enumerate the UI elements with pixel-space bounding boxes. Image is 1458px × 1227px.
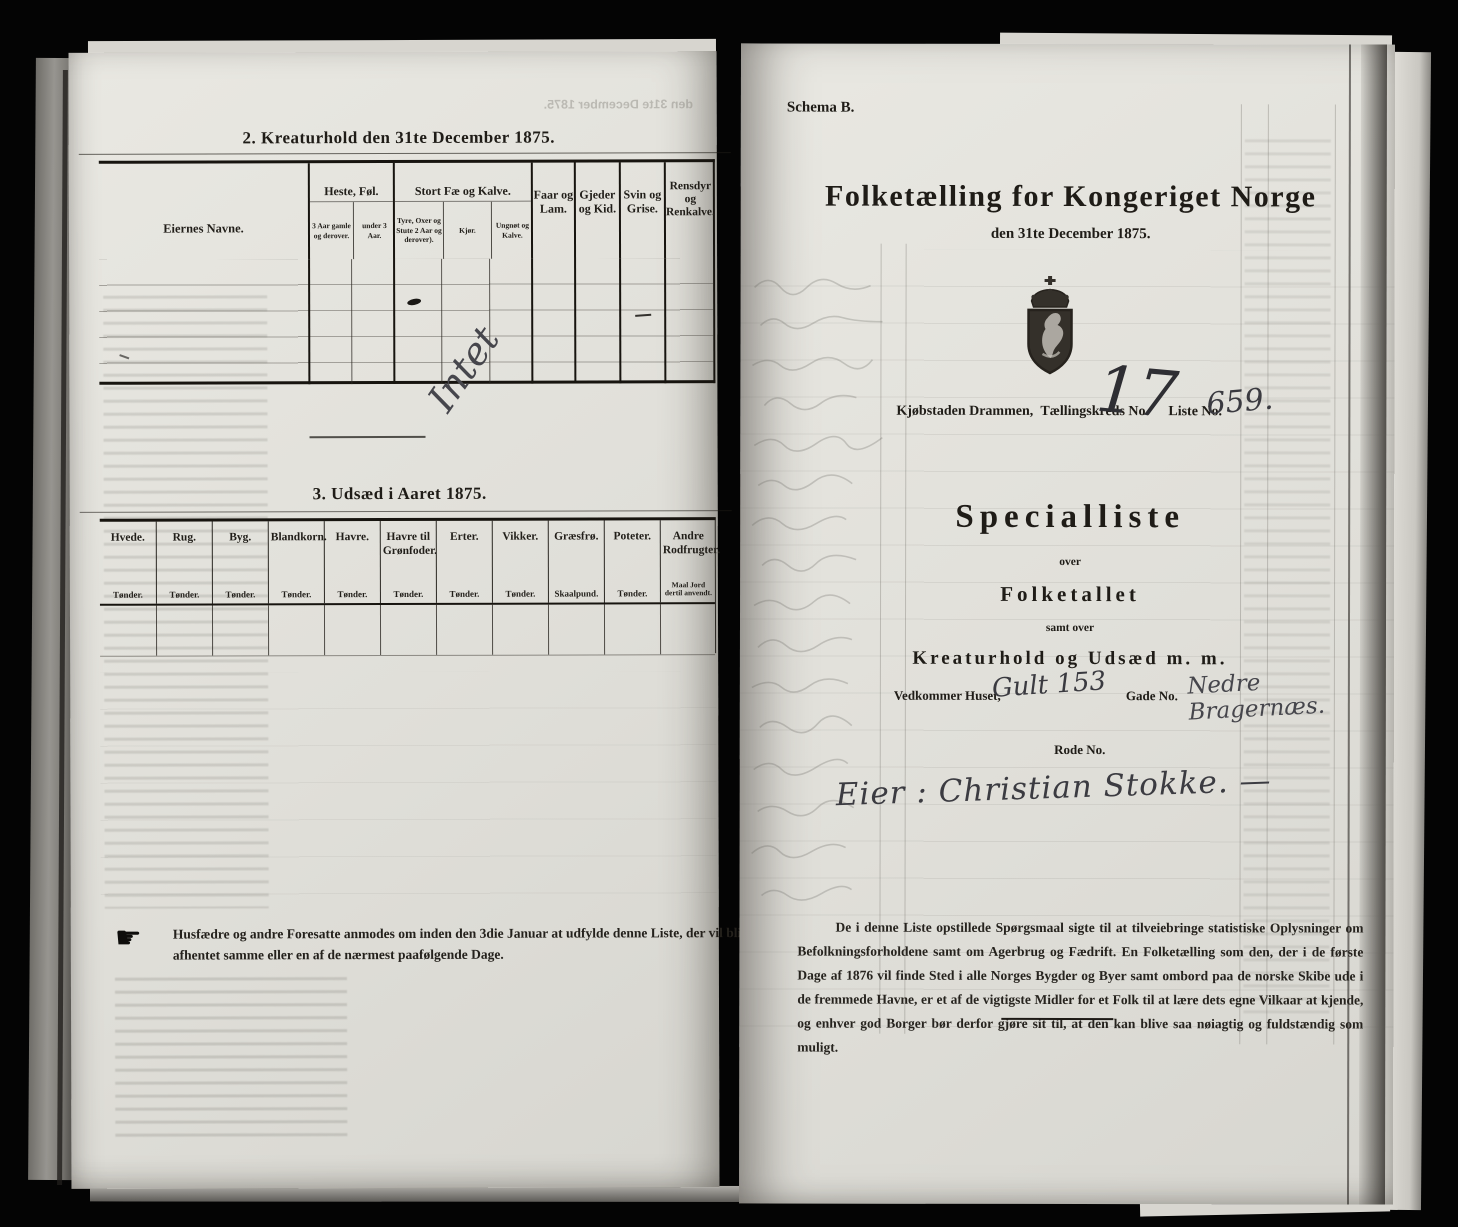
col-label: Poteter. [607, 530, 658, 544]
body-cell [393, 259, 441, 384]
col-unit: Tønder. [327, 589, 378, 599]
rode-label: Rode No. [1020, 742, 1140, 758]
heste-sub1-label: 3 Aar gamle og derover. [310, 202, 353, 259]
stort-sub2-label: Kjør. [443, 202, 491, 259]
body-cell [436, 605, 492, 655]
handwritten-house-number: Gult 153 [991, 666, 1107, 704]
col-label: Havre. [327, 531, 378, 545]
bleedthrough-grid [100, 671, 717, 903]
col-unit: Tønder. [607, 588, 658, 598]
stort-sub1-label: Tyre, Oxer og Stute 2 Aar og derover). [395, 202, 443, 259]
col-svin-label: Svin og Grise. [621, 162, 664, 216]
manicule-icon: ☛ [115, 921, 142, 956]
col-byg: Byg. Tønder. [212, 521, 268, 603]
colgroup-heste: Heste, Føl. 3 Aar gamle og derover. unde… [308, 163, 393, 259]
body-cell [308, 259, 351, 384]
col-gjeder: Gjeder og Kid. [574, 162, 619, 258]
body-cell [531, 259, 574, 384]
heste-sub2-label: under 3 Aar. [353, 202, 395, 259]
kreaturhold-table: Eiernes Navne. Heste, Føl. 3 Aar gamle o… [99, 159, 716, 385]
col-owner-label: Eiernes Navne. [99, 163, 308, 237]
heading-folketallet: Folketallet [850, 582, 1290, 608]
col-faar-label: Faar og Lam. [533, 163, 574, 217]
bleedthrough-column-line [1266, 104, 1269, 1044]
col-label: Hvede. [102, 532, 154, 546]
col-unit: Tønder. [439, 589, 490, 599]
bleedthrough-handwriting [743, 267, 944, 947]
col-unit: Tønder. [271, 589, 322, 599]
udsaed-table: Hvede. Tønder. Rug. Tønder. Byg. Tønder.… [100, 517, 716, 655]
page-date-line: den 31te December 1875. [781, 225, 1361, 243]
body-cell [660, 604, 716, 654]
handwritten-street-name: Nedre Bragernæs. [1187, 663, 1395, 725]
explanatory-paragraph: De i denne Liste opstillede Spørgsmaal s… [797, 916, 1363, 1061]
col-gjeder-label: Gjeder og Kid. [576, 162, 619, 216]
table-body [100, 604, 715, 657]
col-unit: Tønder. [102, 590, 154, 600]
col-faar: Faar og Lam. [531, 163, 574, 259]
heading-kreaturhold: Kreaturhold og Udsæd m. m. [820, 648, 1320, 671]
body-cell [212, 605, 268, 655]
page-title: Folketælling for Kongeriget Norge [781, 179, 1361, 214]
body-cell [99, 259, 308, 385]
col-owner: Eiernes Navne. [99, 163, 308, 260]
stortfae-group-label: Stort Fæ og Kalve. [395, 163, 531, 202]
heading-specialliste: Specialliste [850, 499, 1290, 537]
stort-sub3-label: Ungnøt og Kalve. [491, 202, 533, 259]
body-cell [492, 605, 548, 655]
col-label: Havre til Grønfoder. [383, 531, 434, 559]
table-frame: Eiernes Navne. Heste, Føl. 3 Aar gamle o… [99, 159, 716, 385]
house-label: Vedkommer Huset, [894, 688, 1001, 704]
col-unit: Maal Jord dertil anvendt. [663, 581, 714, 598]
col-rug: Rug. Tønder. [156, 521, 212, 603]
section3-title: 3. Udsæd i Aaret 1875. [150, 483, 650, 504]
body-cell [548, 604, 604, 654]
col-unit: Skaalpund. [551, 588, 602, 598]
heste-subheader: 3 Aar gamle og derover. under 3 Aar. [310, 202, 393, 259]
colgroup-stortfae: Stort Fæ og Kalve. Tyre, Oxer og Stute 2… [393, 163, 531, 259]
col-label: Andre Rodfrugter. [663, 530, 714, 558]
body-cell [351, 259, 393, 384]
table-body: Intet [99, 258, 713, 385]
bleedthrough-column-line [1333, 104, 1336, 1044]
col-unit: Tønder. [495, 589, 546, 599]
right-page: Schema B. Folketælling for Kongeriget No… [739, 43, 1395, 1204]
body-cell [100, 606, 156, 656]
body-cell [574, 258, 619, 383]
heading-samt-over: samt over [850, 622, 1290, 635]
col-unit: Tønder. [383, 589, 434, 599]
col-label: Vikker. [495, 531, 546, 545]
body-cell [489, 259, 531, 384]
col-havre: Havre. Tønder. [324, 521, 380, 603]
col-poteter: Poteter. Tønder. [604, 520, 660, 602]
closing-rule [1001, 1018, 1113, 1020]
col-hvede: Hvede. Tønder. [100, 522, 156, 604]
body-cell [604, 604, 660, 654]
heading-over: over [850, 556, 1290, 569]
col-label: Græsfrø. [551, 530, 602, 544]
bleedthrough-header-text: den 31te December 1875. [544, 97, 693, 111]
body-cell [156, 605, 212, 655]
note-line1: Husfædre og andre Foresatte anmodes om i… [173, 923, 755, 945]
note-line2: afhentet samme eller en af de nærmest pa… [173, 944, 755, 966]
bleedthrough-column-line [1239, 104, 1242, 1044]
col-havre-gronfoder: Havre til Grønfoder. Tønder. [380, 521, 436, 603]
bleedthrough-text-block [115, 972, 347, 1141]
col-rensdyr: Rensdyr og Renkalve. [664, 162, 715, 258]
col-label: Blandkorn. [271, 531, 322, 545]
heste-group-label: Heste, Føl. [310, 163, 393, 202]
stortfae-subheader: Tyre, Oxer og Stute 2 Aar og derover). K… [395, 202, 531, 259]
table-top-rule [80, 510, 732, 513]
body-cell [664, 258, 715, 383]
body-cell [619, 258, 664, 383]
handwritten-list-number: 659. [1205, 382, 1275, 423]
body-cell [380, 605, 436, 655]
gade-label: Gade No. [1126, 688, 1178, 704]
col-svin: Svin og Grise. [619, 162, 664, 258]
col-unit: Tønder. [159, 589, 210, 599]
scanned-book-spread: den 31te December 1875. 2. Kreaturhold d… [0, 0, 1458, 1227]
col-label: Rug. [159, 531, 210, 545]
col-erter: Erter. Tønder. [436, 521, 492, 603]
table-top-rule [79, 152, 731, 155]
instruction-note: ☛ Husfædre og andre Foresatte anmodes om… [115, 923, 755, 967]
section2-title: 2. Kreaturhold den 31te December 1875. [149, 127, 649, 148]
col-vikker: Vikker. Tønder. [492, 521, 548, 603]
left-page: den 31te December 1875. 2. Kreaturhold d… [69, 51, 720, 1189]
stray-rule [310, 436, 426, 438]
bleedthrough-text-column [1243, 134, 1331, 1014]
handwritten-owner-line: Eier : Christian Stokke. — [835, 763, 1272, 813]
col-label: Erter. [439, 531, 490, 545]
handwritten-district-number: 17 [1093, 353, 1181, 434]
col-rodfrugter: Andre Rodfrugter. Maal Jord dertil anven… [660, 520, 716, 602]
schema-label: Schema B. [787, 100, 855, 117]
col-unit: Tønder. [215, 589, 266, 599]
col-label: Byg. [215, 531, 266, 545]
table-header: Eiernes Navne. Heste, Føl. 3 Aar gamle o… [99, 162, 713, 260]
body-cell [268, 605, 324, 655]
col-rensdyr-label: Rensdyr og Renkalve. [666, 162, 715, 220]
col-blandkorn: Blandkorn. Tønder. [268, 521, 324, 603]
city-label: Kjøbstaden Drammen, [896, 404, 1033, 420]
body-cell [324, 605, 380, 655]
norwegian-coat-of-arms [1016, 274, 1084, 382]
table-frame: Hvede. Tønder. Rug. Tønder. Byg. Tønder.… [100, 517, 716, 655]
col-graesfro: Græsfrø. Skaalpund. [548, 520, 604, 602]
table-header: Hvede. Tønder. Rug. Tønder. Byg. Tønder.… [100, 520, 715, 606]
